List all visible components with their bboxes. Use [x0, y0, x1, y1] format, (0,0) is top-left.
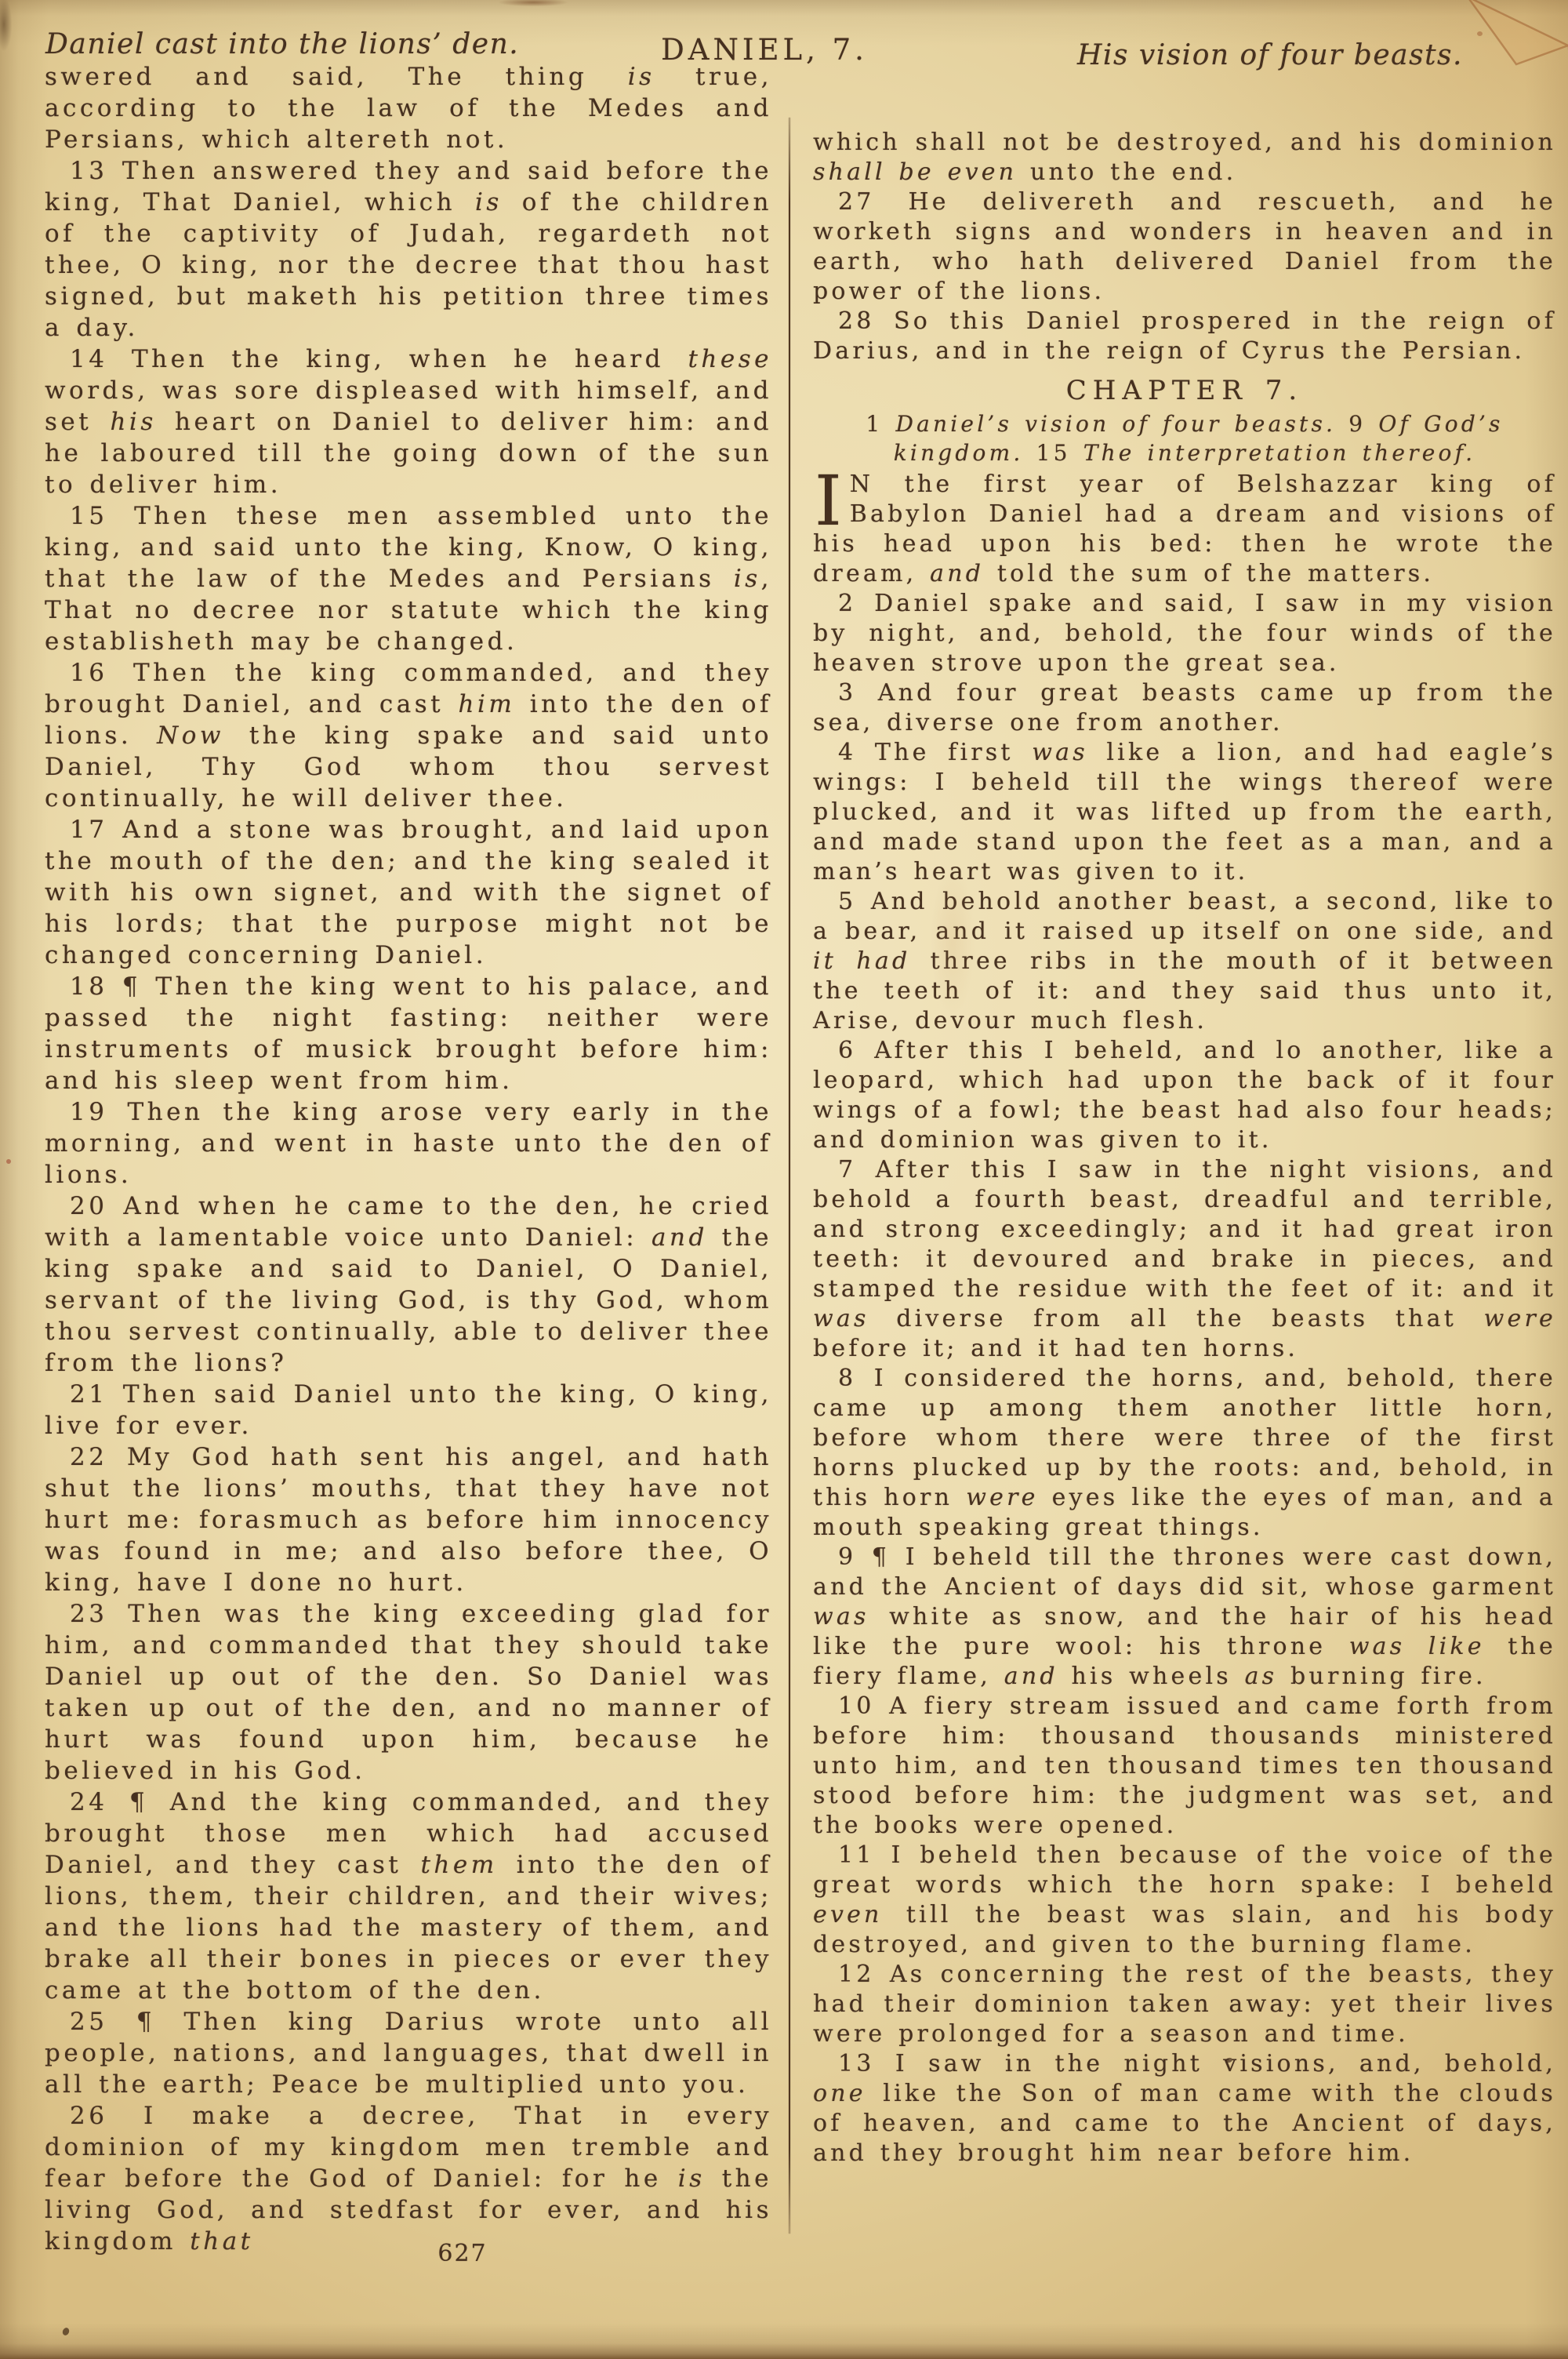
text-segment: 2 Daniel spake and said, I saw in my vis…	[813, 590, 1556, 677]
verse-6-21: 21 Then said Daniel unto the king, O kin…	[45, 1379, 772, 1441]
verse-6-13: 13 Then answered they and said before th…	[45, 155, 772, 343]
verse-7-1: IN the first year of Belshazzar king of …	[813, 470, 1556, 589]
text-segment: CHAPTER 7.	[1066, 375, 1303, 406]
text-segment: 15 Then these men assembled unto the kin…	[45, 502, 772, 593]
verse-6-17: 17 And a stone was brought, and laid upo…	[45, 814, 772, 971]
text-segment: which shall not be destroyed, and his do…	[813, 129, 1556, 156]
text-segment: like the Son of man came with the clouds…	[813, 2080, 1556, 2167]
italic-text-segment: was like	[1349, 1633, 1485, 1660]
text-segment: 25 ¶ Then king Darius wrote unto all peo…	[45, 2008, 772, 2099]
text-segment: swered and said, The thing	[45, 63, 628, 91]
italic-text-segment: were	[1484, 1305, 1556, 1332]
verse-6-18: 18 ¶ Then the king went to his palace, a…	[45, 971, 772, 1096]
foxing-stain	[925, 847, 980, 1035]
text-segment: before it; and it had ten horns.	[813, 1335, 1298, 1362]
drop-cap-initial: I	[813, 470, 850, 529]
text-segment: 9	[1336, 411, 1378, 437]
verse-6-14: 14 Then the king, when he heard these wo…	[45, 343, 772, 500]
text-segment: 1	[866, 411, 895, 437]
italic-text-segment: and	[1004, 1663, 1058, 1690]
text-segment: 22 My God hath sent his angel, and hath …	[45, 1443, 772, 1597]
text-segment: burning fire.	[1277, 1663, 1486, 1690]
italic-text-segment: was	[1032, 739, 1088, 766]
verse-7-8: 8 I considered the horns, and, behold, t…	[813, 1364, 1556, 1543]
verse-6-15: 15 Then these men assembled unto the kin…	[45, 500, 772, 657]
verse-6-23: 23 Then was the king exceeding glad for …	[45, 1598, 772, 1787]
text-segment: 21 Then said Daniel unto the king, O kin…	[45, 1380, 772, 1440]
italic-text-segment: it had	[813, 947, 910, 975]
verse-7-13: 13 I saw in the night visions, and, beho…	[813, 2049, 1556, 2168]
italic-text-segment: one	[813, 2080, 866, 2107]
text-segment: 18 ¶ Then the king went to his palace, a…	[45, 972, 772, 1095]
text-segment: his wheels	[1058, 1663, 1245, 1690]
verse-6-26-continuation: which shall not be destroyed, and his do…	[813, 128, 1556, 187]
running-head-left: Daniel cast into the lions’ den.	[45, 28, 519, 60]
text-segment: diverse from all the beasts that	[869, 1305, 1484, 1332]
italic-text-segment: is	[734, 565, 761, 593]
text-segment: 7 After this I saw in the night visions,…	[813, 1156, 1556, 1303]
text-segment: 13 I saw in the night visions, and, beho…	[838, 2050, 1556, 2077]
verse-6-28: 28 So this Daniel prospered in the reign…	[813, 307, 1556, 366]
corner-fold-crease-mark	[1458, 0, 1568, 87]
italic-text-segment: and	[652, 1223, 708, 1252]
dark-corner-shadow	[0, 0, 14, 58]
stain-speck	[1477, 31, 1483, 36]
verse-7-6: 6 After this I beheld, and lo another, l…	[813, 1036, 1556, 1155]
italic-text-segment: is	[678, 2165, 706, 2193]
verse-6-27: 27 He delivereth and rescueth, and he wo…	[813, 187, 1556, 307]
italic-text-segment: was	[813, 1603, 869, 1630]
left-column: swered and said, The thing is true, acco…	[45, 61, 772, 2257]
italic-text-segment: that	[190, 2227, 253, 2255]
text-segment: unto the end.	[1017, 158, 1236, 186]
page-number: 627	[408, 2240, 517, 2267]
verse-7-2: 2 Daniel spake and said, I saw in my vis…	[813, 589, 1556, 678]
verse-6-22: 22 My God hath sent his angel, and hath …	[45, 1441, 772, 1598]
italic-text-segment: shall be even	[813, 158, 1017, 186]
ink-speck	[61, 2327, 70, 2336]
scanned-bible-page: { "colors": { "paper": "#ecdcae", "paper…	[0, 0, 1568, 2359]
italic-text-segment: even	[813, 1901, 883, 1928]
verse-7-3: 3 And four great beasts came up from the…	[813, 678, 1556, 738]
text-segment: 3 And four great beasts came up from the…	[813, 679, 1556, 736]
foxing-stain	[1364, 1804, 1505, 2039]
text-segment: told the sum of the matters.	[984, 560, 1434, 587]
verse-7-9: 9 ¶ I beheld till the thrones were cast …	[813, 1543, 1556, 1692]
italic-text-segment: is	[628, 63, 655, 91]
column-divider-rule	[789, 118, 790, 2234]
verse-7-4: 4 The first was like a lion, and had eag…	[813, 738, 1556, 887]
verse-6-25: 25 ¶ Then king Darius wrote unto all peo…	[45, 2006, 772, 2100]
italic-text-segment: as	[1245, 1663, 1278, 1690]
chapter-7-summary: 1 Daniel’s vision of four beasts. 9 Of G…	[813, 409, 1556, 467]
verse-6-20: 20 And when he came to the den, he cried…	[45, 1190, 772, 1379]
text-segment: three ribs in the mouth of it between th…	[813, 947, 1556, 1034]
text-segment: 4 The first	[838, 739, 1032, 766]
verse-6-19: 19 Then the king arose very early in the…	[45, 1096, 772, 1190]
italic-text-segment: his	[110, 408, 156, 436]
verse-6-24: 24 ¶ And the king commanded, and they br…	[45, 1787, 772, 2006]
ink-smudge-top-edge	[486, 0, 580, 8]
text-segment: 15	[1023, 440, 1083, 466]
text-segment: 28 So this Daniel prospered in the reign…	[813, 307, 1556, 365]
text-segment: 14 Then the king, when he heard	[70, 345, 688, 373]
chapter-7-heading: CHAPTER 7.	[813, 376, 1556, 405]
verse-6-12-continuation: swered and said, The thing is true, acco…	[45, 61, 772, 155]
text-segment: 26 I make a decree, That in every domini…	[45, 2102, 772, 2193]
verse-7-7: 7 After this I saw in the night visions,…	[813, 1155, 1556, 1364]
italic-text-segment: Daniel’s vision of four beasts.	[896, 411, 1337, 437]
text-segment: 9 ¶ I beheld till the thrones were cast …	[813, 1543, 1556, 1601]
italic-text-segment: them	[420, 1851, 497, 1879]
italic-text-segment: him	[459, 690, 516, 718]
italic-text-segment: and	[930, 560, 984, 587]
italic-text-segment: was	[813, 1305, 869, 1332]
verse-6-16: 16 Then the king commanded, and they bro…	[45, 657, 772, 814]
italic-text-segment: The interpretation thereof.	[1083, 440, 1476, 466]
text-segment: 27 He delivereth and rescueth, and he wo…	[813, 188, 1556, 305]
text-segment: 6 After this I beheld, and lo another, l…	[813, 1037, 1556, 1154]
verse-7-5: 5 And behold another beast, a second, li…	[813, 887, 1556, 1036]
text-segment: 17 And a stone was brought, and laid upo…	[45, 816, 772, 969]
italic-text-segment: Now	[157, 722, 224, 750]
text-segment: 23 Then was the king exceeding glad for …	[45, 1600, 772, 1785]
text-segment: 19 Then the king arose very early in the…	[45, 1098, 772, 1189]
verse-6-26: 26 I make a decree, That in every domini…	[45, 2100, 772, 2257]
italic-text-segment: were	[966, 1484, 1038, 1511]
running-head-right: His vision of four beasts.	[1051, 39, 1490, 71]
italic-text-segment: is	[475, 188, 503, 216]
red-stain-speck	[6, 1159, 11, 1164]
italic-text-segment: these	[688, 345, 772, 373]
